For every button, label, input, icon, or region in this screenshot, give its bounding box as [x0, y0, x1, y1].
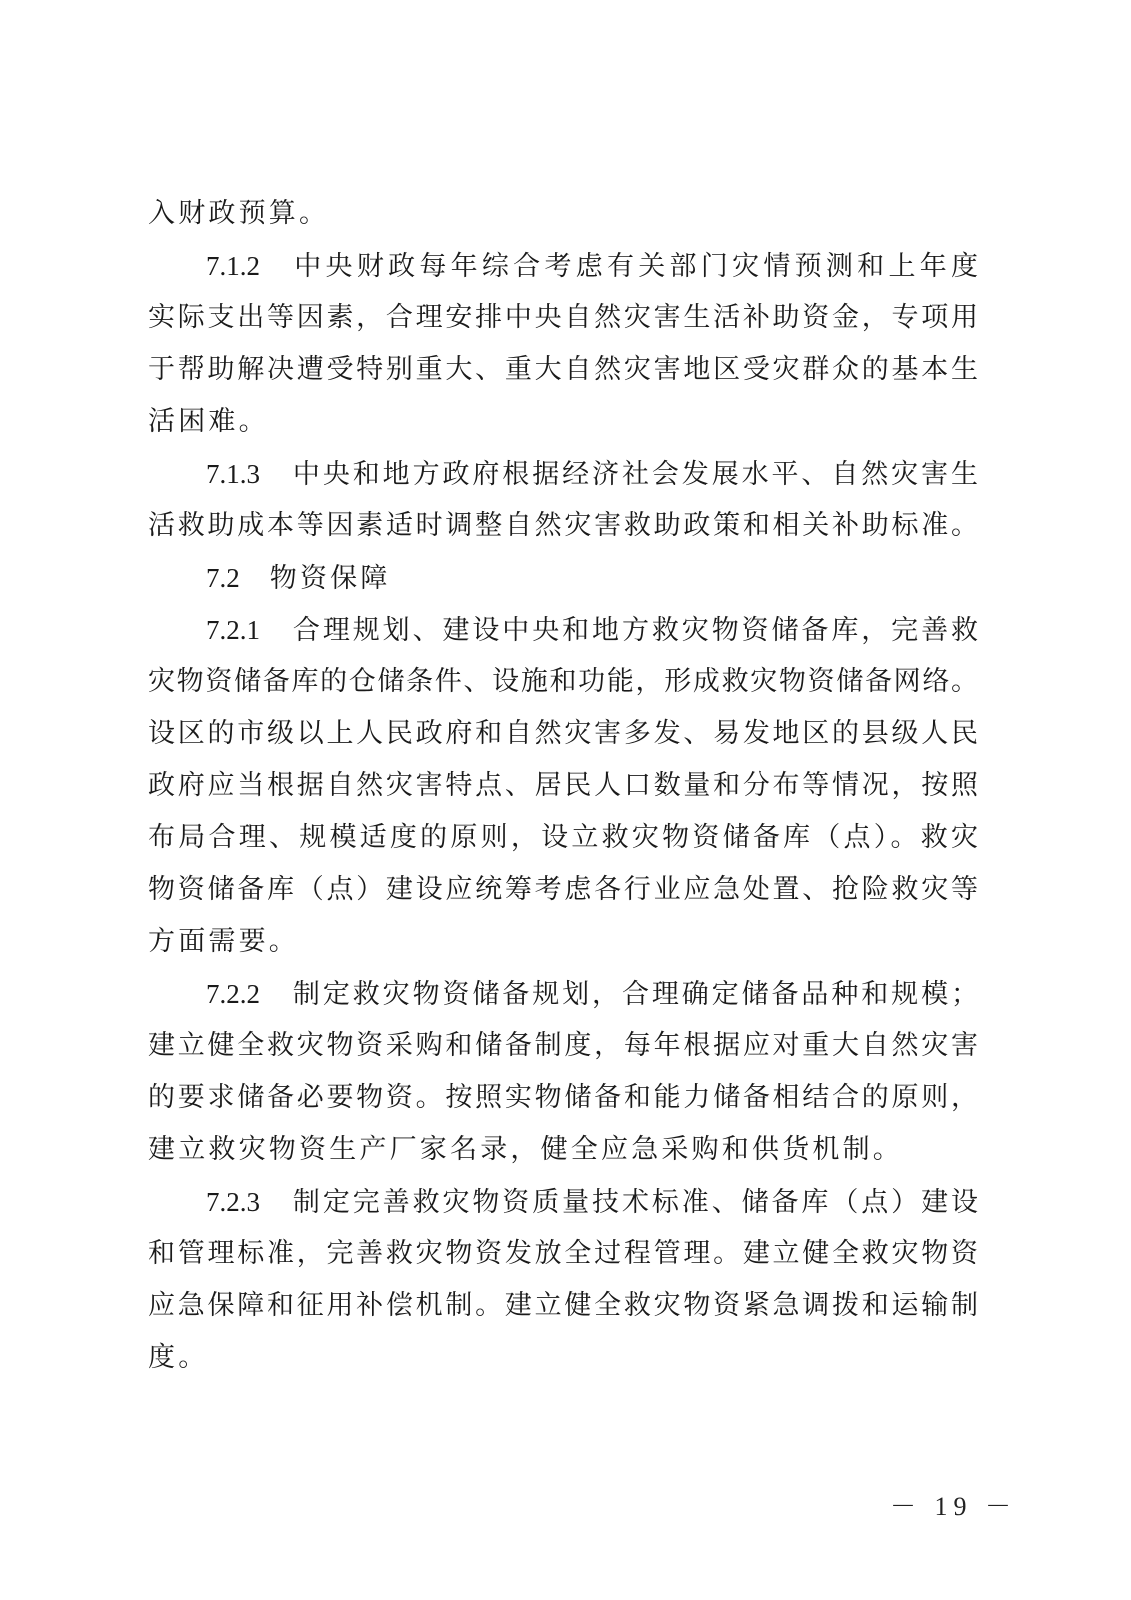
line-text: 活救助成本等因素适时调整自然灾害救助政策和相关补助标准。 [148, 510, 978, 541]
line-text: 方面需要。 [148, 926, 299, 957]
text-line: 度。 [148, 1332, 978, 1384]
line-text: 物资储备库（点）建设应统筹考虑各行业应急处置、抢险救灾等 [148, 874, 978, 905]
page-number: － 19 － [890, 1486, 1017, 1523]
line-text: 中央和地方政府根据经济社会发展水平、自然灾害生 [290, 459, 978, 490]
section-number: 7.2.1 [206, 604, 260, 656]
line-text: 灾物资储备库的仓储条件、设施和功能，形成救灾物资储备网络。 [148, 666, 978, 697]
section-line: 7.2.3制定完善救灾物资质量技术标准、储备库（点）建设 [148, 1176, 978, 1228]
body-text: 入财政预算。7.1.2中央财政每年综合考虑有关部门灾情预测和上年度实际支出等因素… [148, 188, 978, 1384]
text-line: 活救助成本等因素适时调整自然灾害救助政策和相关补助标准。 [148, 500, 978, 552]
text-line: 物资储备库（点）建设应统筹考虑各行业应急处置、抢险救灾等 [148, 864, 978, 916]
line-text: 活困难。 [148, 406, 269, 437]
section-line: 7.2.1合理规划、建设中央和地方救灾物资储备库，完善救 [148, 604, 978, 656]
section-number: 7.2.2 [206, 968, 260, 1020]
section-line: 7.1.3中央和地方政府根据经济社会发展水平、自然灾害生 [148, 448, 978, 500]
text-line: 入财政预算。 [148, 188, 978, 240]
line-text: 建立健全救灾物资采购和储备制度，每年根据应对重大自然灾害 [148, 1030, 978, 1061]
line-text: 政府应当根据自然灾害特点、居民人口数量和分布等情况，按照 [148, 770, 978, 801]
line-text: 实际支出等因素，合理安排中央自然灾害生活补助资金，专项用 [148, 302, 978, 333]
line-text: 建立救灾物资生产厂家名录，健全应急采购和供货机制。 [148, 1134, 903, 1165]
section-number: 7.1.2 [206, 240, 260, 292]
section-number: 7.1.3 [206, 448, 260, 500]
line-text: 设区的市级以上人民政府和自然灾害多发、易发地区的县级人民 [148, 718, 978, 749]
line-text: 物资保障 [270, 563, 391, 594]
text-line: 方面需要。 [148, 916, 978, 968]
text-line: 政府应当根据自然灾害特点、居民人口数量和分布等情况，按照 [148, 760, 978, 812]
text-line: 于帮助解决遭受特别重大、重大自然灾害地区受灾群众的基本生 [148, 344, 978, 396]
section-number: 7.2 [206, 552, 240, 604]
text-line: 和管理标准，完善救灾物资发放全过程管理。建立健全救灾物资 [148, 1228, 978, 1280]
text-line: 建立健全救灾物资采购和储备制度，每年根据应对重大自然灾害 [148, 1020, 978, 1072]
section-line: 7.2.2制定救灾物资储备规划，合理确定储备品种和规模； [148, 968, 978, 1020]
text-line: 活困难。 [148, 396, 978, 448]
section-number: 7.2.3 [206, 1176, 260, 1228]
line-text: 中央财政每年综合考虑有关部门灾情预测和上年度 [290, 251, 978, 282]
line-text: 的要求储备必要物资。按照实物储备和能力储备相结合的原则， [148, 1082, 978, 1113]
text-line: 设区的市级以上人民政府和自然灾害多发、易发地区的县级人民 [148, 708, 978, 760]
line-text: 于帮助解决遭受特别重大、重大自然灾害地区受灾群众的基本生 [148, 354, 978, 385]
line-text: 制定完善救灾物资质量技术标准、储备库（点）建设 [290, 1187, 978, 1218]
text-line: 建立救灾物资生产厂家名录，健全应急采购和供货机制。 [148, 1124, 978, 1176]
line-text: 入财政预算。 [148, 198, 329, 229]
line-text: 应急保障和征用补偿机制。建立健全救灾物资紧急调拨和运输制 [148, 1290, 978, 1321]
text-line: 实际支出等因素，合理安排中央自然灾害生活补助资金，专项用 [148, 292, 978, 344]
line-text: 制定救灾物资储备规划，合理确定储备品种和规模； [290, 979, 978, 1010]
text-line: 的要求储备必要物资。按照实物储备和能力储备相结合的原则， [148, 1072, 978, 1124]
line-text: 合理规划、建设中央和地方救灾物资储备库，完善救 [290, 615, 978, 646]
text-line: 布局合理、规模适度的原则，设立救灾物资储备库（点）。救灾 [148, 812, 978, 864]
text-line: 灾物资储备库的仓储条件、设施和功能，形成救灾物资储备网络。 [148, 656, 978, 708]
line-text: 和管理标准，完善救灾物资发放全过程管理。建立健全救灾物资 [148, 1238, 978, 1269]
line-text: 度。 [148, 1342, 208, 1373]
text-line: 应急保障和征用补偿机制。建立健全救灾物资紧急调拨和运输制 [148, 1280, 978, 1332]
document-page: 入财政预算。7.1.2中央财政每年综合考虑有关部门灾情预测和上年度实际支出等因素… [0, 0, 1131, 1600]
line-text: 布局合理、规模适度的原则，设立救灾物资储备库（点）。救灾 [148, 822, 978, 853]
section-line: 7.1.2中央财政每年综合考虑有关部门灾情预测和上年度 [148, 240, 978, 292]
section-line: 7.2物资保障 [148, 552, 978, 604]
